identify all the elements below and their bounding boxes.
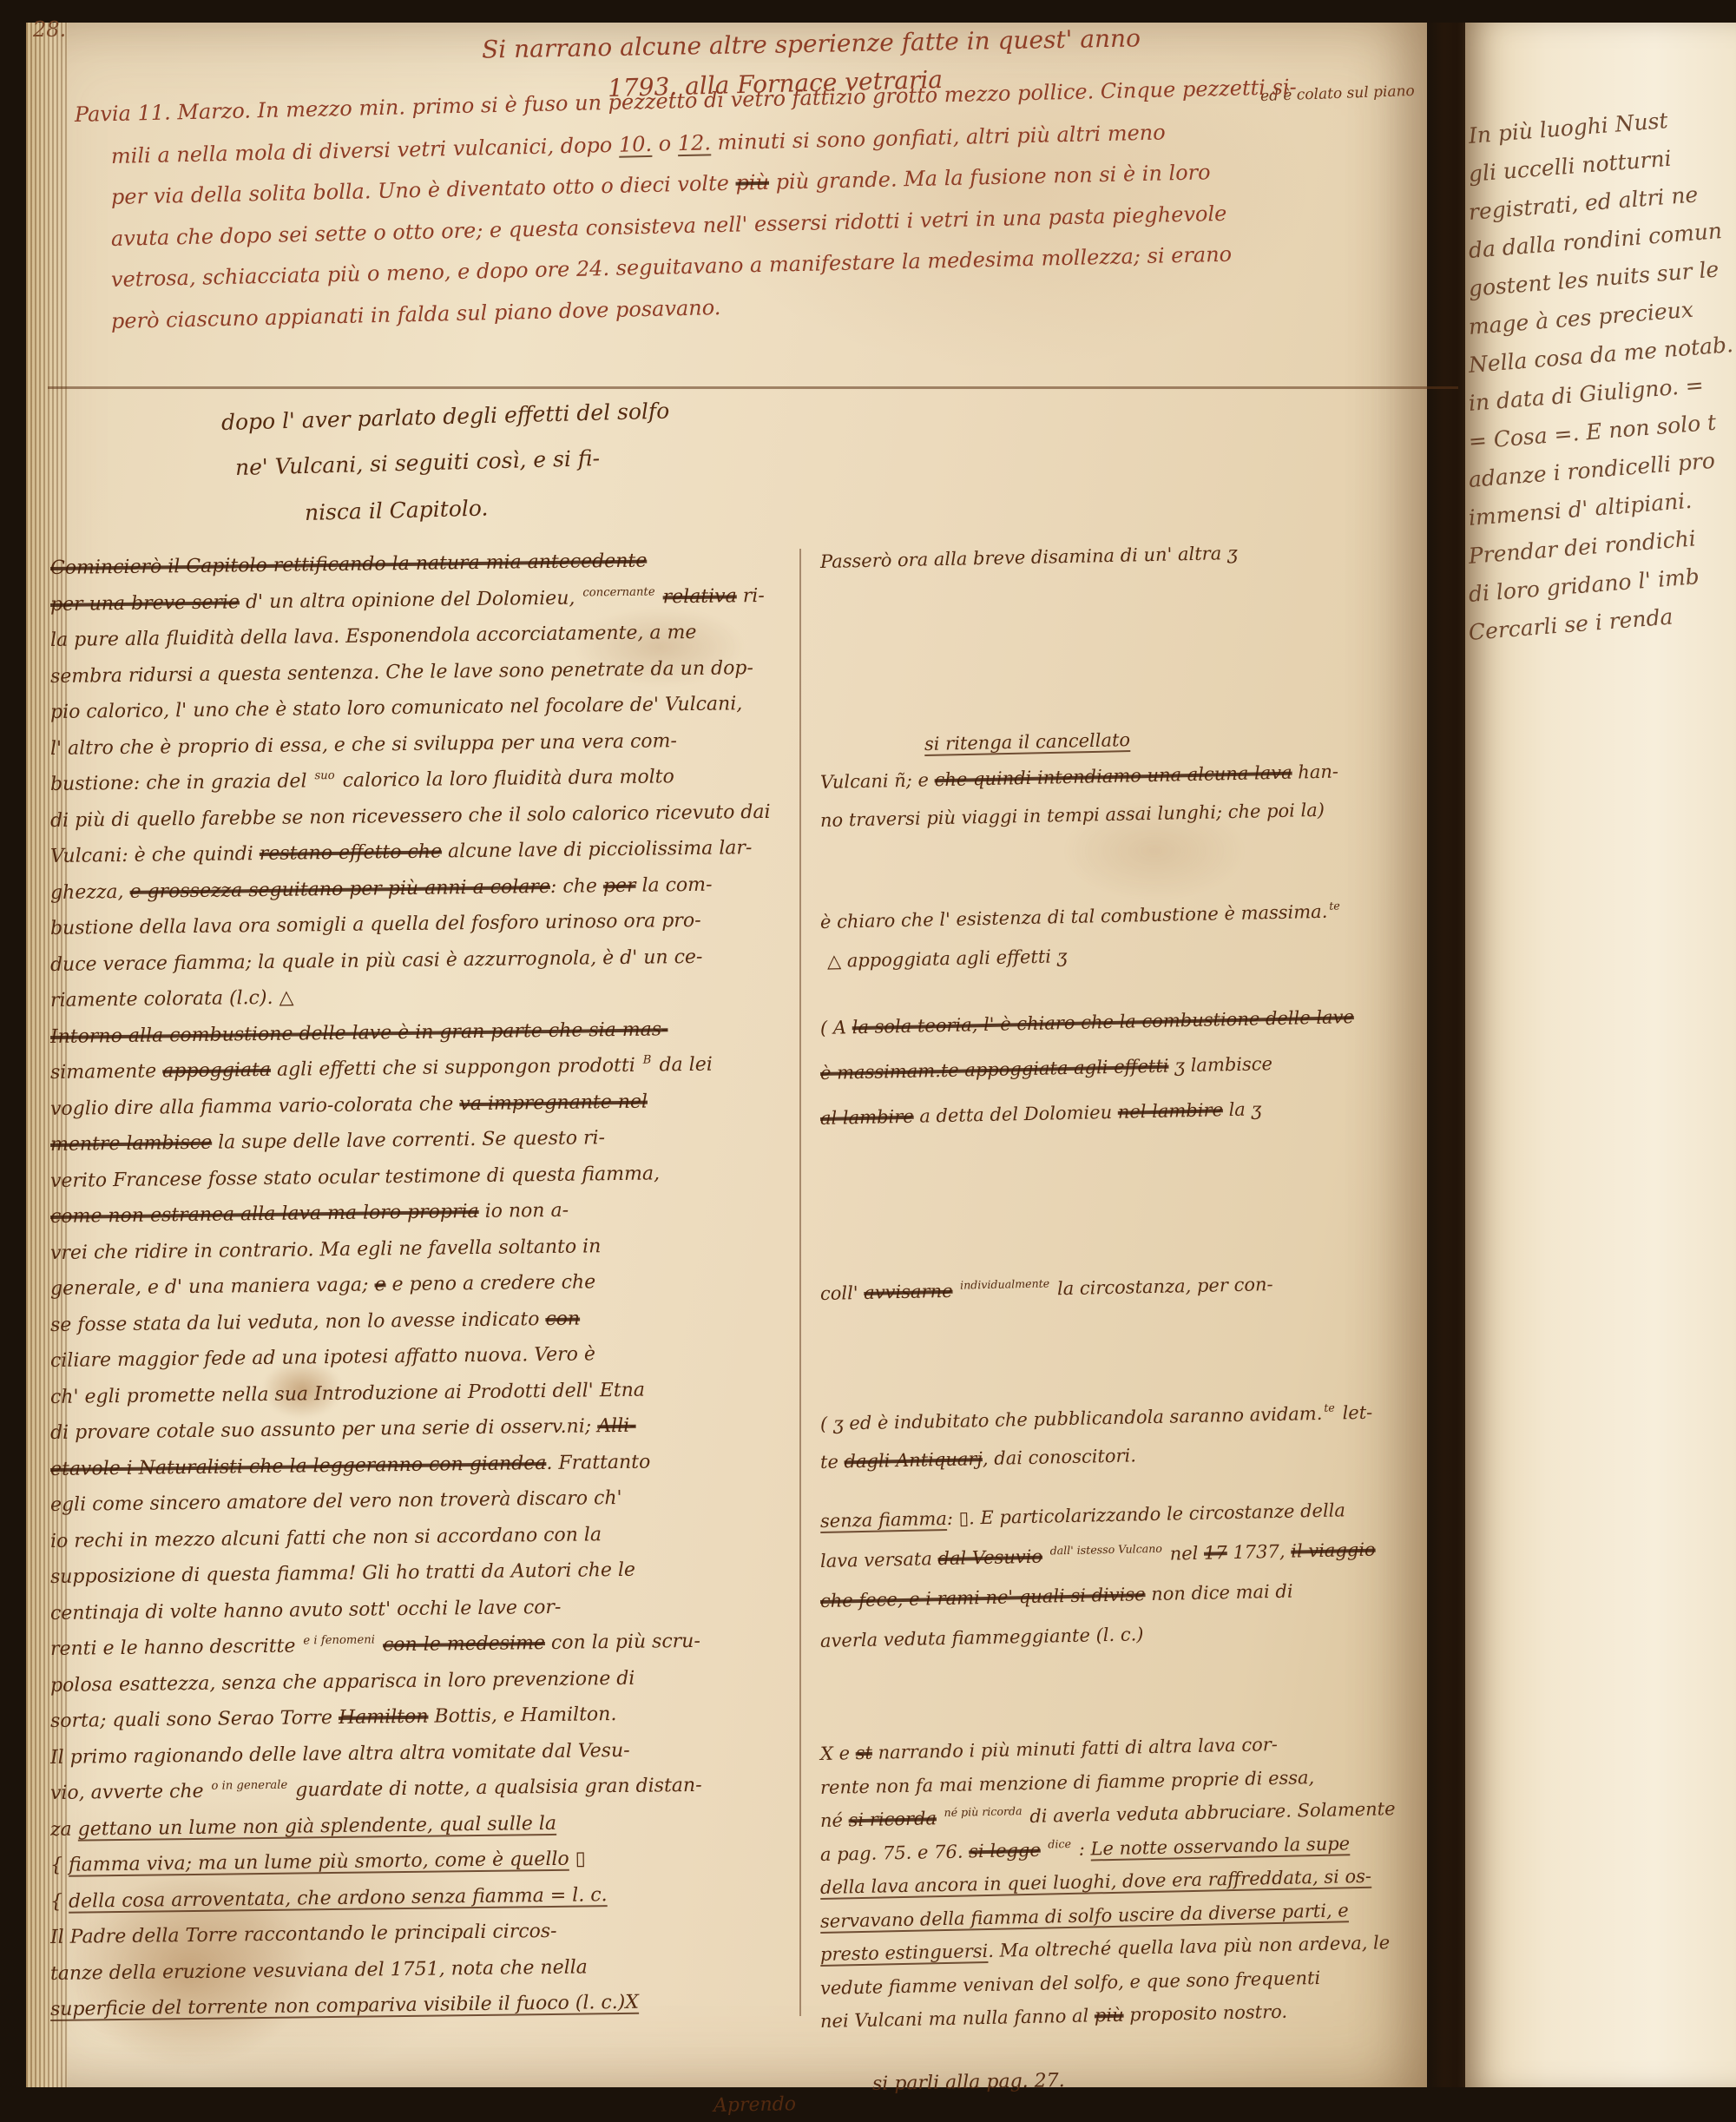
paper-stain <box>245 1348 359 1431</box>
column-divider-line <box>799 549 801 2016</box>
catchword: Aprendo <box>713 2093 796 2117</box>
horizontal-rule <box>48 386 1458 389</box>
book-gutter-shadow <box>1427 23 1465 2087</box>
manuscript-page <box>26 23 1427 2087</box>
ink-smudge <box>538 590 781 703</box>
book-binding-edge <box>26 23 68 2087</box>
paper-stain <box>24 1841 354 2101</box>
footer-page-reference: si parli alla pag. 27. <box>872 2070 1065 2095</box>
folio-number: 28. <box>33 17 66 42</box>
paper-stain <box>1024 781 1285 920</box>
manuscript-photo: 28. Si narrano alcune altre sperienze fa… <box>0 0 1736 2122</box>
facing-page <box>1465 23 1736 2087</box>
